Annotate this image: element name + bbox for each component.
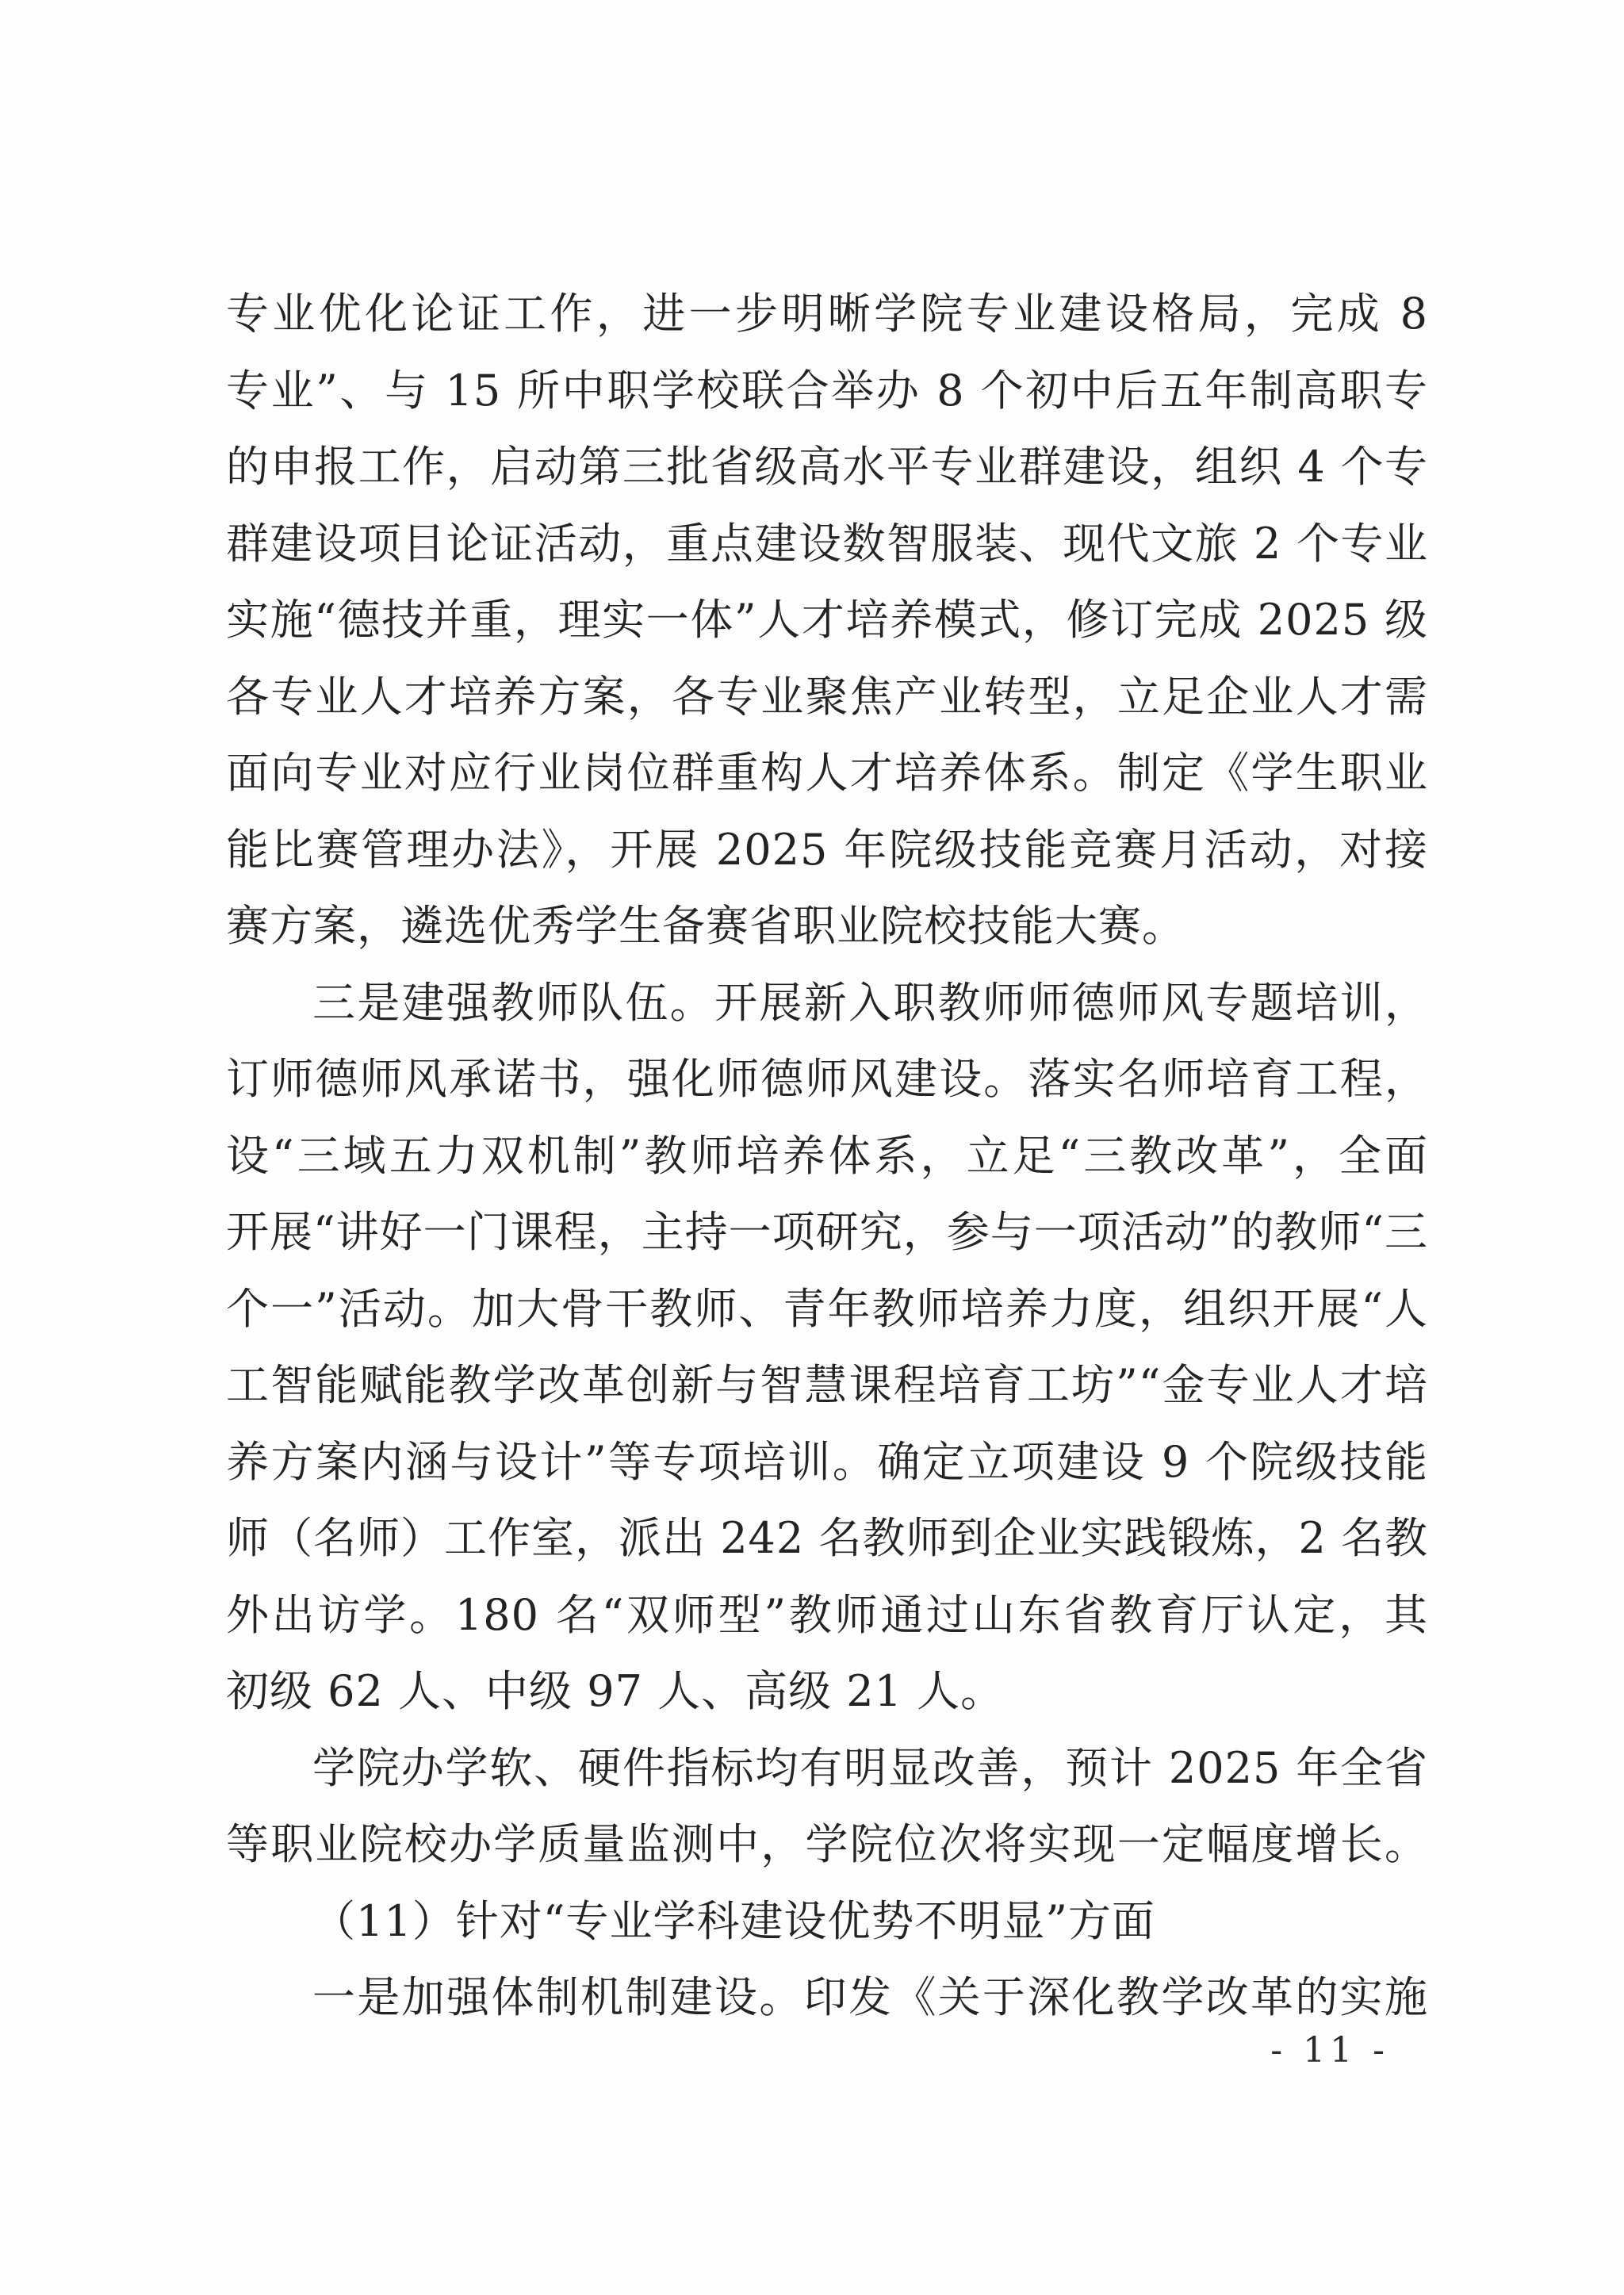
text-line: 群建设项目论证活动，重点建设数智服装、现代文旅 2 个专业群。	[226, 506, 1428, 583]
text-line: 设“三域五力双机制”教师培养体系，立足“三教改革”，全面	[226, 1118, 1428, 1195]
text-line: 面向专业对应行业岗位群重构人才培养体系。制定《学生职业技	[226, 735, 1428, 812]
text-line: 专业优化论证工作，进一步明晰学院专业建设格局，完成 8 个“微	[226, 276, 1428, 353]
text-line: 初级 62 人、中级 97 人、高级 21 人。	[226, 1653, 1428, 1730]
text-line: 个一”活动。加大骨干教师、青年教师培养力度，组织开展“人	[226, 1271, 1428, 1348]
text-line: 开展“讲好一门课程，主持一项研究，参与一项活动”的教师“三	[226, 1194, 1428, 1271]
body-text: 专业优化论证工作，进一步明晰学院专业建设格局，完成 8 个“微 专业”、与 15…	[226, 276, 1428, 2036]
text-line: 实施“德技并重，理实一体”人才培养模式，修订完成 2025 级	[226, 582, 1428, 659]
page-number: - 11 -	[1270, 2027, 1389, 2075]
text-line: 养方案内涵与设计”等专项培训。确定立项建设 9 个院级技能大	[226, 1424, 1428, 1501]
document-page: 专业优化论证工作，进一步明晰学院专业建设格局，完成 8 个“微 专业”、与 15…	[0, 0, 1624, 2295]
text-line: 专业”、与 15 所中职学校联合举办 8 个初中后五年制高职专业	[226, 353, 1428, 430]
text-line paragraph-start: 一是加强体制机制建设。印发《关于深化教学改革的实施办	[226, 1960, 1428, 2036]
text-line: 师（名师）工作室，派出 242 名教师到企业实践锻炼，2 名教师	[226, 1500, 1428, 1577]
text-line: 订师德师风承诺书，强化师德师风建设。落实名师培育工程，建	[226, 1041, 1428, 1118]
text-line paragraph-start: （11）针对“专业学科建设优势不明显”方面	[226, 1883, 1428, 1960]
text-line: 等职业院校办学质量监测中，学院位次将实现一定幅度增长。	[226, 1806, 1428, 1883]
text-line paragraph-start: 三是建强教师队伍。开展新入职教师师德师风专题培训，签	[226, 965, 1428, 1042]
text-line: 各专业人才培养方案，各专业聚焦产业转型，立足企业人才需求，	[226, 659, 1428, 736]
text-line: 外出访学。180 名“双师型”教师通过山东省教育厅认定，其中，	[226, 1577, 1428, 1654]
text-line: 工智能赋能教学改革创新与智慧课程培育工坊”“金专业人才培	[226, 1347, 1428, 1424]
text-line paragraph-start: 学院办学软、硬件指标均有明显改善，预计 2025 年全省高	[226, 1730, 1428, 1807]
text-line: 的申报工作，启动第三批省级高水平专业群建设，组织 4 个专业	[226, 429, 1428, 506]
text-line: 能比赛管理办法》，开展 2025 年院级技能竞赛月活动，对接世	[226, 812, 1428, 889]
text-line: 赛方案，遴选优秀学生备赛省职业院校技能大赛。	[226, 888, 1428, 965]
